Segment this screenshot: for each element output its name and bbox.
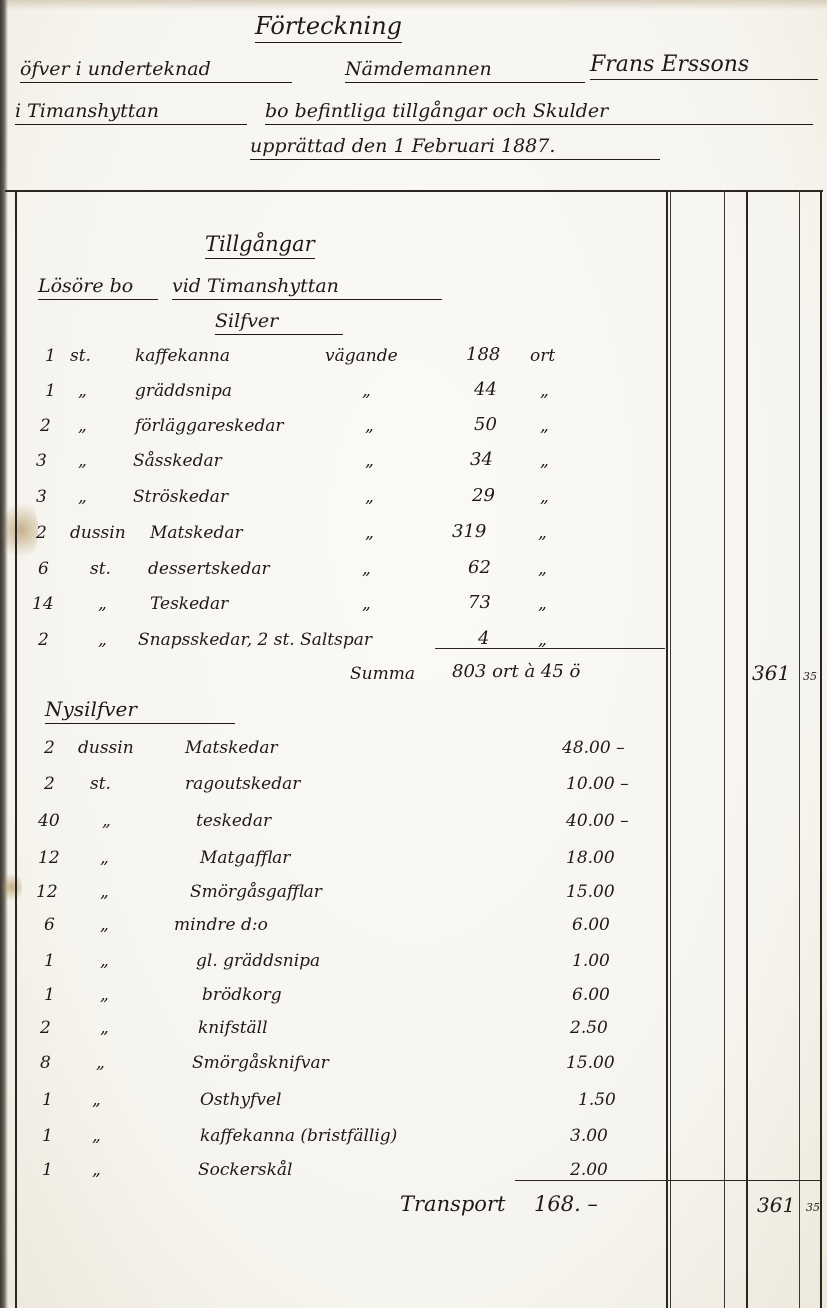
weight-unit: ort: [530, 346, 555, 366]
unit: „: [78, 416, 87, 436]
stain-mark: [2, 870, 22, 904]
summa-label: Summa: [350, 664, 415, 684]
item-value: 6.00: [572, 985, 610, 1005]
unit: dussin: [78, 738, 134, 758]
qty: 2: [38, 630, 49, 650]
item-name: Matgafflar: [200, 848, 290, 868]
header-line2-right: bo befintliga tillgångar och Skulder: [265, 100, 813, 125]
item-value: 2.50: [570, 1018, 608, 1038]
unit: st.: [90, 774, 111, 794]
silver-total-ore: 35: [803, 670, 817, 683]
unit: „: [100, 951, 109, 971]
item-note: „: [365, 416, 374, 436]
unit: „: [78, 451, 87, 471]
item-note: „: [365, 487, 374, 507]
header-line1-left: öfver i underteknad: [20, 58, 292, 83]
qty: 2: [44, 738, 55, 758]
paper-edge-left: [0, 0, 8, 1308]
item-name: Matskedar: [150, 523, 243, 543]
subtotal-rule: [435, 648, 665, 649]
item-name: Smörgåsgafflar: [190, 882, 322, 902]
stain-mark: [4, 495, 38, 565]
item-name: Såsskedar: [133, 451, 222, 471]
column-rule: [746, 190, 748, 1308]
paper-edge-top: [0, 0, 827, 10]
item-name: dessertskedar: [148, 559, 270, 579]
transport-label: Transport: [400, 1192, 505, 1216]
column-rule: [820, 190, 822, 1308]
weight: 50: [474, 414, 497, 435]
header-line1-right: Frans Erssons: [590, 52, 818, 80]
weight-unit: „: [538, 523, 547, 543]
weight-unit: „: [540, 451, 549, 471]
weight-unit: „: [538, 594, 547, 614]
item-name: mindre d:o: [174, 915, 268, 935]
header-date-line: upprättad den 1 Februari 1887.: [250, 135, 660, 160]
qty: 2: [40, 1018, 51, 1038]
summa-text: 803 ort à 45 ö: [452, 661, 580, 682]
qty: 12: [36, 882, 58, 902]
item-value: 48.00 –: [562, 738, 625, 758]
weight: 319: [452, 521, 486, 542]
qty: 14: [32, 594, 54, 614]
item-value: 40.00 –: [566, 811, 629, 831]
qty: 1: [42, 1090, 53, 1110]
item-name: kaffekanna: [135, 346, 230, 366]
weight: 188: [466, 344, 500, 365]
unit: „: [98, 594, 107, 614]
item-note: „: [365, 451, 374, 471]
item-value: 3.00: [570, 1126, 608, 1146]
carry-forward-kronor: 361: [757, 1193, 795, 1217]
item-name: förläggareskedar: [135, 416, 284, 436]
silver-total-kronor: 361: [752, 661, 790, 685]
qty: 12: [38, 848, 60, 868]
header-line2-left: i Timanshyttan: [15, 100, 247, 125]
item-value: 15.00: [566, 882, 615, 902]
item-name: Smörgåsknifvar: [192, 1053, 329, 1073]
weight: 4: [478, 628, 489, 649]
item-name: ragoutskedar: [185, 774, 300, 794]
item-name: Snapsskedar, 2 st. Saltspar: [138, 630, 372, 650]
qty: 8: [40, 1053, 51, 1073]
unit: „: [100, 985, 109, 1005]
qty: 1: [45, 346, 56, 366]
nysilver-heading: Nysilfver: [45, 697, 235, 724]
item-note: „: [362, 559, 371, 579]
item-note: „: [362, 381, 371, 401]
qty: 1: [42, 1160, 53, 1180]
qty: 3: [36, 487, 47, 507]
unit: „: [92, 1090, 101, 1110]
qty: 40: [38, 811, 60, 831]
item-name: Ströskedar: [133, 487, 228, 507]
qty: 6: [38, 559, 49, 579]
qty: 1: [44, 951, 55, 971]
item-name: Matskedar: [185, 738, 278, 758]
weight: 62: [468, 557, 491, 578]
item-value: 1.00: [572, 951, 610, 971]
item-note: „: [362, 594, 371, 614]
silver-heading: Silfver: [215, 310, 343, 335]
qty: 2: [40, 416, 51, 436]
item-value: 18.00: [566, 848, 615, 868]
unit: „: [100, 1018, 109, 1038]
header-line1-mid: Nämdemannen: [345, 58, 585, 83]
unit: „: [100, 848, 109, 868]
weight: 29: [472, 485, 495, 506]
item-value: 10.00 –: [566, 774, 629, 794]
carry-forward-ore: 35: [806, 1201, 820, 1214]
unit: st.: [70, 346, 91, 366]
qty: 1: [44, 985, 55, 1005]
unit: „: [98, 630, 107, 650]
column-rule: [670, 190, 671, 1308]
weight-unit: „: [540, 487, 549, 507]
unit: „: [102, 811, 111, 831]
item-name: gl. gräddsnipa: [196, 951, 320, 971]
weight: 34: [470, 449, 493, 470]
item-name: Teskedar: [150, 594, 228, 614]
section-sub-left: Lösöre bo: [38, 275, 158, 300]
unit: st.: [90, 559, 111, 579]
unit: „: [78, 487, 87, 507]
item-name: knifställ: [198, 1018, 268, 1038]
item-value: 2.00: [570, 1160, 608, 1180]
ledger-page: Förteckning öfver i underteknad Nämdeman…: [0, 0, 827, 1308]
unit: „: [78, 381, 87, 401]
unit: „: [100, 915, 109, 935]
item-name: Osthyfvel: [200, 1090, 281, 1110]
section-heading: Tillgångar: [205, 232, 315, 259]
column-rule: [799, 190, 800, 1308]
qty: 2: [44, 774, 55, 794]
margin-rule: [15, 190, 17, 1308]
item-value: 6.00: [572, 915, 610, 935]
document-title: Förteckning: [255, 12, 402, 43]
item-name: Sockerskål: [198, 1160, 293, 1180]
weight: 73: [468, 592, 491, 613]
item-name: gräddsnipa: [135, 381, 232, 401]
item-name: kaffekanna (bristfällig): [200, 1126, 397, 1146]
column-rule: [666, 190, 668, 1308]
item-note: „: [365, 523, 374, 543]
weight: 44: [474, 379, 497, 400]
item-name: brödkorg: [202, 985, 282, 1005]
section-sub-right: vid Timanshyttan: [172, 275, 442, 300]
qty: 2: [36, 523, 47, 543]
item-note: vägande: [325, 346, 398, 366]
unit: „: [96, 1053, 105, 1073]
weight-unit: „: [538, 630, 547, 650]
unit: „: [92, 1126, 101, 1146]
item-name: teskedar: [196, 811, 271, 831]
weight-unit: „: [538, 559, 547, 579]
item-value: 1.50: [578, 1090, 616, 1110]
unit: dussin: [70, 523, 126, 543]
weight-unit: „: [540, 381, 549, 401]
transport-value: 168. –: [534, 1192, 598, 1216]
qty: 1: [45, 381, 56, 401]
weight-unit: „: [540, 416, 549, 436]
item-value: 15.00: [566, 1053, 615, 1073]
table-top-rule: [5, 190, 823, 192]
transport-rule: [515, 1180, 820, 1181]
column-rule: [724, 190, 725, 1308]
unit: „: [100, 882, 109, 902]
qty: 3: [36, 451, 47, 471]
unit: „: [92, 1160, 101, 1180]
qty: 6: [44, 915, 55, 935]
qty: 1: [42, 1126, 53, 1146]
